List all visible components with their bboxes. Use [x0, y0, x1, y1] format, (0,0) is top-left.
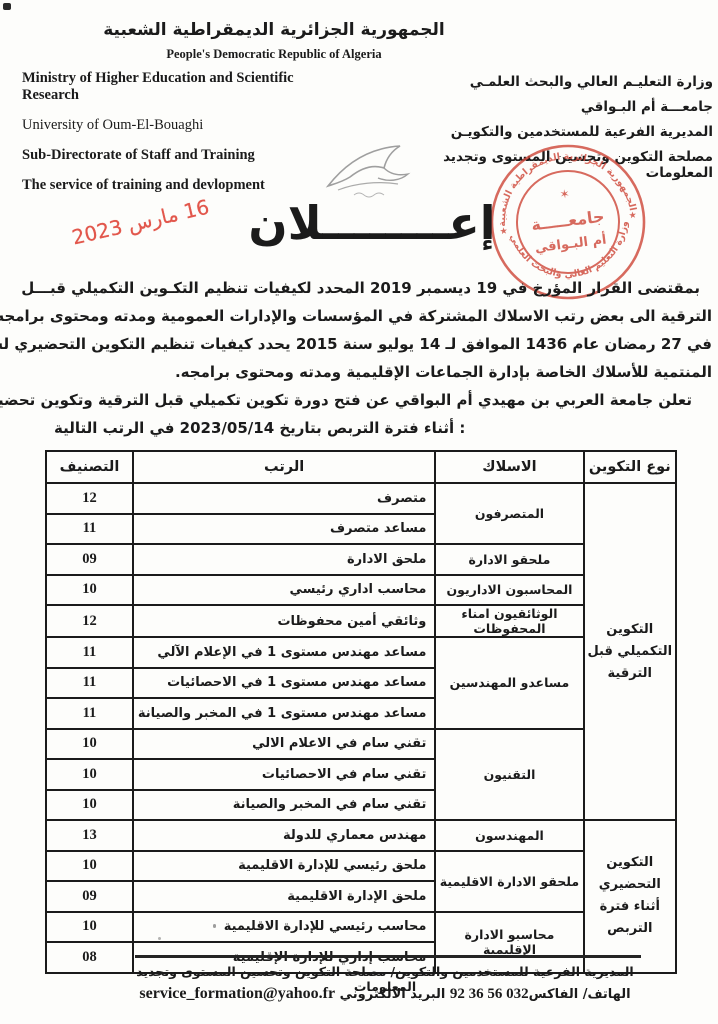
- classification-cell: 11: [46, 668, 133, 699]
- header-english-block: Ministry of Higher Education and Scienti…: [22, 70, 352, 207]
- body-line-3: في 27 رمضان عام 1436 الموافق لـ 14 يوليو…: [26, 330, 712, 358]
- table-row: الوثائقيون امناء المحفوظات وثائقي أمين م…: [46, 605, 676, 637]
- table-row: المحاسبون الاداريون محاسب اداري رئيسي 10: [46, 575, 676, 606]
- phone-label: الهاتف/ الفاكس: [529, 987, 631, 1002]
- corps-cell: الوثائقيون امناء المحفوظات: [435, 605, 583, 637]
- corps-cell: ملحقو الادارة الاقليمية: [435, 851, 583, 912]
- classification-cell: 10: [46, 759, 133, 790]
- rank-cell: ملحق الإدارة الاقليمية: [133, 881, 435, 912]
- rank-cell: ملحق رئيسي للإدارة الاقليمية: [133, 851, 435, 882]
- university-ar: جامعـــة أم البـواقي: [383, 99, 713, 115]
- classification-cell: 09: [46, 544, 133, 575]
- corps-cell: ملحقو الادارة: [435, 544, 583, 575]
- university-logo-bird-icon: [320, 134, 420, 204]
- seal-center-line2: أم البـواقي: [534, 231, 607, 257]
- table-row: مساعدو المهندسين مساعد مهندس مستوى 1 في …: [46, 637, 676, 668]
- star-icon: ✶: [559, 187, 571, 202]
- table-row: التقنيون تقني سام في الاعلام الالي 10: [46, 729, 676, 760]
- rank-cell: ملحق الادارة: [133, 544, 435, 575]
- corps-cell: المهندسون: [435, 820, 583, 851]
- ministry-ar: وزارة التعليـم العالي والبحث العلمـي: [383, 74, 713, 90]
- table-row: التكوين التكميلي قبل الترقية المتصرفون م…: [46, 483, 676, 514]
- corps-cell: التقنيون: [435, 729, 583, 821]
- classification-cell: 11: [46, 514, 133, 545]
- service-en: The service of training and devlopment: [22, 177, 352, 194]
- classification-cell: 10: [46, 575, 133, 606]
- body-line-2: الترقية الى بعض رتب الاسلاك المشتركة في …: [26, 302, 712, 330]
- rank-cell: مساعد مهندس مستوى 1 في الإعلام الآلي: [133, 637, 435, 668]
- footer-divider: [135, 955, 641, 958]
- classification-cell: 09: [46, 881, 133, 912]
- footer-contact-line: الهاتف/ الفاكس032 56 36 92 البريد الالكت…: [110, 985, 660, 1003]
- training-type-cell: التكوين التحضيري أثناء فترة التربص: [584, 820, 676, 973]
- rank-cell: مساعد متصرف: [133, 514, 435, 545]
- body-line-1: بمقتضى القرار المؤرخ في 19 ديسمبر 2019 ا…: [26, 274, 712, 302]
- republic-title-english: People's Democratic Republic of Algeria: [0, 47, 548, 62]
- rank-cell: تقني سام في المخبر والصيانة: [133, 790, 435, 821]
- classification-cell: 13: [46, 820, 133, 851]
- col-header-corps: الاسلاك: [435, 451, 583, 483]
- phone-number: 032 56 36 92: [450, 986, 529, 1002]
- classification-cell: 10: [46, 851, 133, 882]
- university-en: University of Oum-El-Bouaghi: [22, 117, 352, 134]
- rank-cell: محاسب رئيسي للإدارة الاقليمية: [133, 912, 435, 943]
- sub-directorate-en: Sub-Directorate of Staff and Training: [22, 147, 352, 164]
- col-header-rank: الرتب: [133, 451, 435, 483]
- classification-cell: 10: [46, 912, 133, 943]
- table-row: ملحقو الادارة الاقليمية ملحق رئيسي للإدا…: [46, 851, 676, 882]
- table-header-row: نوع التكوين الاسلاك الرتب التصنيف: [46, 451, 676, 483]
- rank-cell: وثائقي أمين محفوظات: [133, 605, 435, 637]
- table-row: ملحقو الادارة ملحق الادارة 09: [46, 544, 676, 575]
- training-type-cell: التكوين التكميلي قبل الترقية: [584, 483, 676, 820]
- rank-cell: تقني سام في الاعلام الالي: [133, 729, 435, 760]
- classification-cell: 11: [46, 698, 133, 729]
- body-line-5: تعلن جامعة العربي بن مهيدي أم البواقي عن…: [26, 386, 712, 414]
- rank-cell: مهندس معماري للدولة: [133, 820, 435, 851]
- classification-cell: 12: [46, 483, 133, 514]
- corps-cell: المتصرفون: [435, 483, 583, 544]
- classification-cell: 11: [46, 637, 133, 668]
- body-line-4: المنتمية للأسلاك الخاصة بإدارة الجماعات …: [26, 358, 712, 386]
- rank-cell: محاسب اداري رئيسي: [133, 575, 435, 606]
- announcement-body: بمقتضى القرار المؤرخ في 19 ديسمبر 2019 ا…: [26, 274, 712, 442]
- seal-center-line1: جامعـــــة: [530, 207, 605, 235]
- republic-title-arabic: الجمهورية الجزائرية الديمقراطية الشعبية: [0, 20, 548, 40]
- classification-cell: 10: [46, 729, 133, 760]
- col-header-type: نوع التكوين: [584, 451, 676, 483]
- table-row: التكوين التحضيري أثناء فترة التربص المهن…: [46, 820, 676, 851]
- classification-cell: 12: [46, 605, 133, 637]
- scan-speck: [3, 3, 11, 10]
- rank-cell: متصرف: [133, 483, 435, 514]
- table-row: محاسبو الادارة الإقليمية محاسب رئيسي للإ…: [46, 912, 676, 943]
- corps-cell: مساعدو المهندسين: [435, 637, 583, 729]
- classification-cell: 10: [46, 790, 133, 821]
- rank-cell: تقني سام في الاحصائيات: [133, 759, 435, 790]
- email-label: البريد الالكتروني: [340, 987, 446, 1002]
- sub-directorate-ar: المديرية الفرعية للمستخدمين والتكويـن: [383, 124, 713, 140]
- body-line-6: أثناء فترة التربص بتاريخ 2023/05/14 في ا…: [26, 414, 712, 442]
- ministry-en: Ministry of Higher Education and Scienti…: [22, 70, 352, 104]
- announcement-document: الجمهورية الجزائرية الديمقراطية الشعبية …: [0, 0, 718, 1024]
- rank-cell: مساعد مهندس مستوى 1 في المخبر والصيانة: [133, 698, 435, 729]
- training-ranks-table: نوع التكوين الاسلاك الرتب التصنيف التكوي…: [45, 450, 677, 974]
- rank-cell: مساعد مهندس مستوى 1 في الاحصائيات: [133, 668, 435, 699]
- star-icon: ★: [628, 211, 637, 222]
- email-address: service_formation@yahoo.fr: [139, 985, 335, 1002]
- corps-cell: المحاسبون الاداريون: [435, 575, 583, 606]
- col-header-classification: التصنيف: [46, 451, 133, 483]
- page-title: إعــــــــلان: [232, 196, 512, 250]
